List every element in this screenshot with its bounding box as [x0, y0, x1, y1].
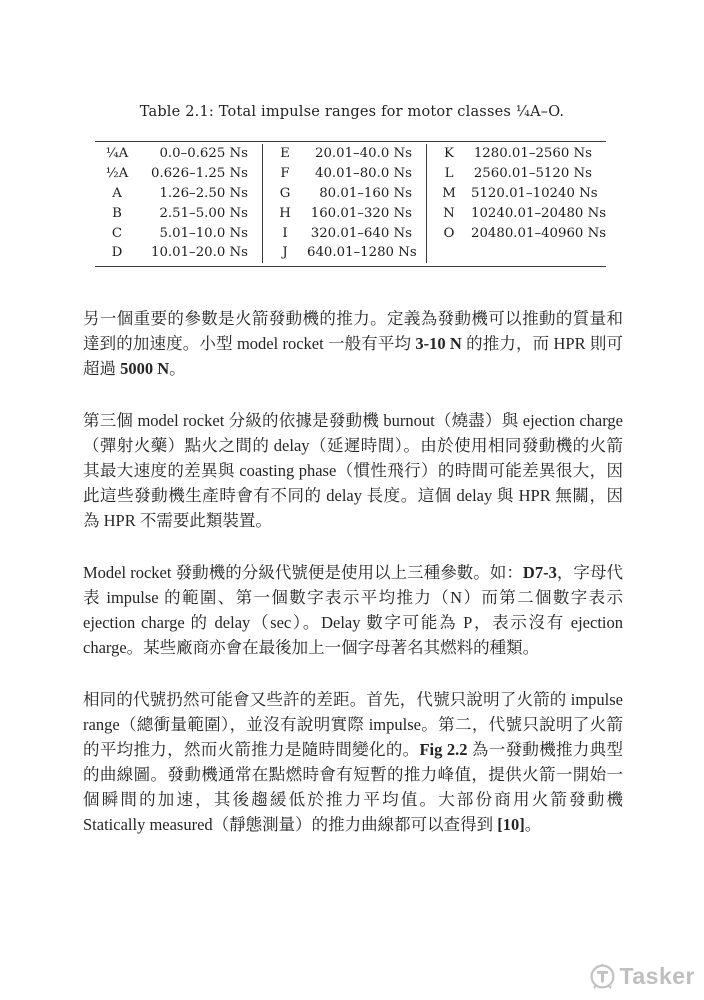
table-row: I320.01–640 Ns — [263, 224, 426, 244]
motor-class — [427, 243, 471, 263]
emphasis-text: D7-3 — [523, 563, 557, 582]
paragraph-3: Model rocket 發動機的分級代號便是使用以上三種參數。如：D7-3，字… — [83, 560, 623, 660]
table-row: B2.51–5.00 Ns — [95, 204, 262, 224]
body-paragraphs: 另一個重要的參數是火箭發動機的推力。定義為發動機可以推動的質量和達到的加速度。小… — [83, 306, 623, 864]
paragraph-1: 另一個重要的參數是火箭發動機的推力。定義為發動機可以推動的質量和達到的加速度。小… — [83, 306, 623, 381]
table-group-3: K1280.01–2560 NsL2560.01–5120 NsM5120.01… — [426, 144, 606, 263]
text-run: 。 — [169, 359, 186, 378]
impulse-range: 40.01–80.0 Ns — [307, 164, 426, 184]
tasker-logo-icon — [589, 963, 616, 990]
table-group-2: E20.01–40.0 NsF40.01–80.0 NsG80.01–160 N… — [262, 144, 426, 263]
text-run: Model rocket 發動機的分級代號便是使用以上三種參數。如： — [83, 563, 523, 582]
table-caption: Table 2.1: Total impulse ranges for moto… — [0, 104, 704, 120]
paragraph-2: 第三個 model rocket 分級的依據是發動機 burnout（燒盡）與 … — [83, 408, 623, 533]
table-group-1: ¼A0.0–0.625 Ns½A0.626–1.25 NsA1.26–2.50 … — [95, 144, 262, 263]
table-row: ¼A0.0–0.625 Ns — [95, 144, 262, 164]
table-row: E20.01–40.0 Ns — [263, 144, 426, 164]
impulse-range: 20.01–40.0 Ns — [307, 144, 426, 164]
motor-class: D — [95, 243, 139, 263]
impulse-range: 80.01–160 Ns — [307, 184, 426, 204]
impulse-range: 640.01–1280 Ns — [307, 243, 431, 263]
impulse-range: 10.01–20.0 Ns — [139, 243, 262, 263]
impulse-range: 10240.01–20480 Ns — [471, 204, 620, 224]
motor-class: F — [263, 164, 307, 184]
impulse-range: 5.01–10.0 Ns — [139, 224, 262, 244]
impulse-range — [471, 243, 606, 263]
emphasis-text: [10] — [497, 815, 525, 834]
impulse-range: 0.626–1.25 Ns — [139, 164, 262, 184]
text-run: 第三個 model rocket 分級的依據是發動機 burnout（燒盡）與 … — [83, 411, 623, 530]
motor-class: E — [263, 144, 307, 164]
impulse-range: 160.01–320 Ns — [307, 204, 426, 224]
tasker-watermark: Tasker — [589, 963, 695, 990]
table-row: G80.01–160 Ns — [263, 184, 426, 204]
table-row: H160.01–320 Ns — [263, 204, 426, 224]
table-row: D10.01–20.0 Ns — [95, 243, 262, 263]
motor-class: ¼A — [95, 144, 139, 164]
table-row: L2560.01–5120 Ns — [427, 164, 606, 184]
table-row: K1280.01–2560 Ns — [427, 144, 606, 164]
impulse-range-table: ¼A0.0–0.625 Ns½A0.626–1.25 NsA1.26–2.50 … — [95, 141, 606, 267]
table-row — [427, 243, 606, 263]
motor-class: N — [427, 204, 471, 224]
impulse-range: 5120.01–10240 Ns — [471, 184, 612, 204]
emphasis-text: 5000 N — [120, 359, 169, 378]
table-row: F40.01–80.0 Ns — [263, 164, 426, 184]
motor-class: ½A — [95, 164, 139, 184]
table-row: J640.01–1280 Ns — [263, 243, 426, 263]
motor-class: C — [95, 224, 139, 244]
watermark-label: Tasker — [620, 963, 695, 990]
table-row: N10240.01–20480 Ns — [427, 204, 606, 224]
impulse-range: 2560.01–5120 Ns — [471, 164, 606, 184]
impulse-range: 320.01–640 Ns — [307, 224, 426, 244]
motor-class: A — [95, 184, 139, 204]
motor-class: K — [427, 144, 471, 164]
paragraph-4: 相同的代號扔然可能會又些許的差距。首先，代號只說明了火箭的 impulse ra… — [83, 687, 623, 837]
table-row: A1.26–2.50 Ns — [95, 184, 262, 204]
motor-class: G — [263, 184, 307, 204]
impulse-range: 20480.01–40960 Ns — [471, 224, 620, 244]
table-row: C5.01–10.0 Ns — [95, 224, 262, 244]
impulse-range: 0.0–0.625 Ns — [139, 144, 262, 164]
motor-class: I — [263, 224, 307, 244]
motor-class: J — [263, 243, 307, 263]
motor-class: O — [427, 224, 471, 244]
table-row: ½A0.626–1.25 Ns — [95, 164, 262, 184]
motor-class: M — [427, 184, 471, 204]
motor-class: H — [263, 204, 307, 224]
table-row: O20480.01–40960 Ns — [427, 224, 606, 244]
impulse-range: 1.26–2.50 Ns — [139, 184, 262, 204]
motor-class: B — [95, 204, 139, 224]
emphasis-text: 3-10 N — [415, 334, 461, 353]
emphasis-text: Fig 2.2 — [419, 740, 467, 759]
impulse-range: 1280.01–2560 Ns — [471, 144, 606, 164]
text-run: 。 — [525, 815, 542, 834]
motor-class: L — [427, 164, 471, 184]
impulse-range: 2.51–5.00 Ns — [139, 204, 262, 224]
table-row: M5120.01–10240 Ns — [427, 184, 606, 204]
document-page: Table 2.1: Total impulse ranges for moto… — [0, 0, 704, 1000]
